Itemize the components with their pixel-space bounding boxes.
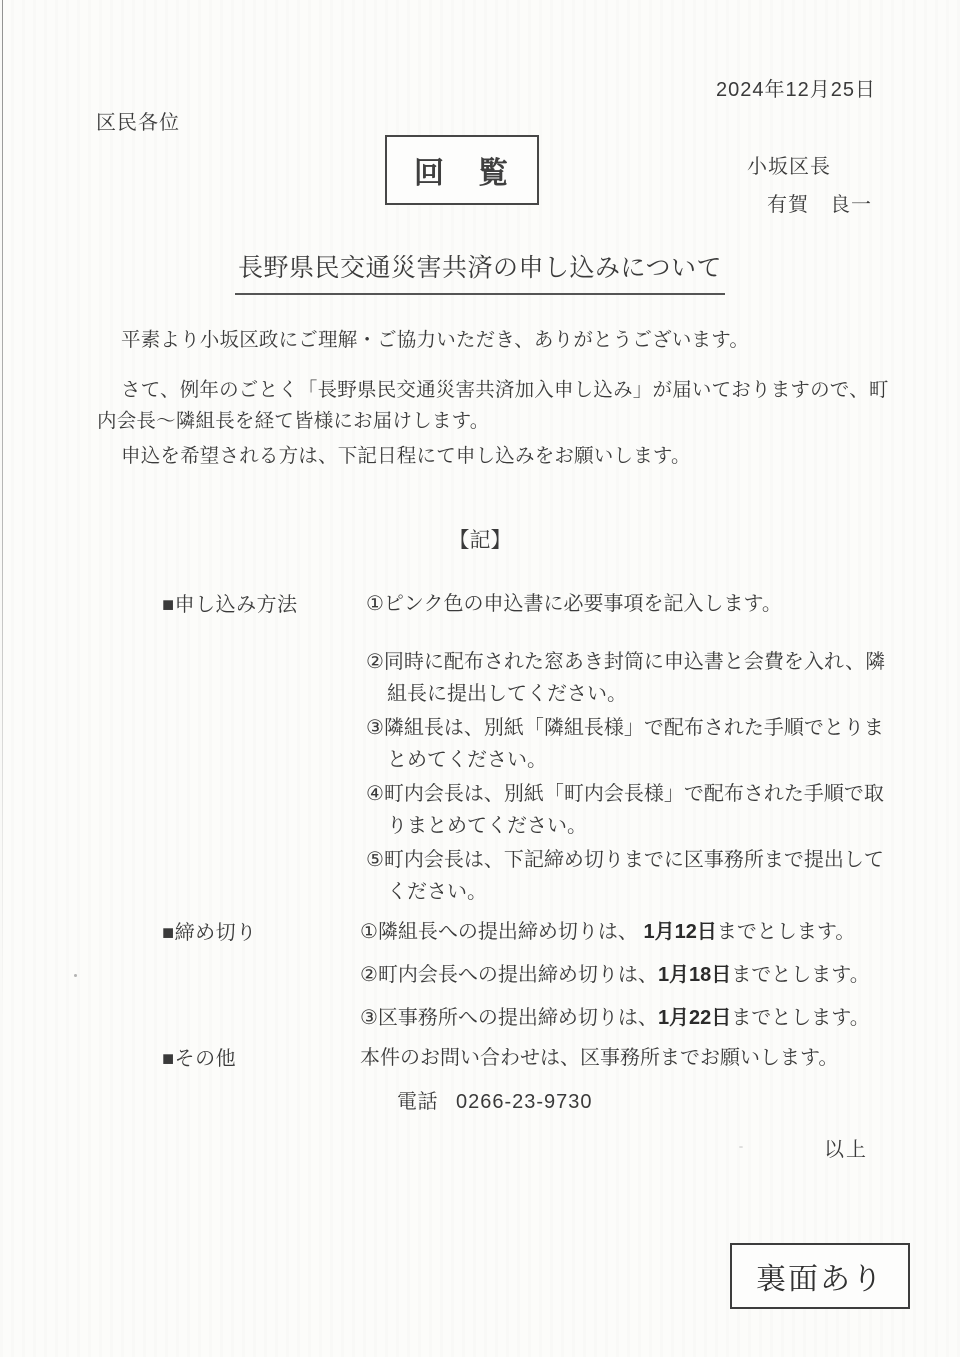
closing-marker: 以上 <box>824 1133 868 1162</box>
deadline-text: ③区事務所への提出締め切りは、 <box>360 1007 658 1029</box>
deadline-text: ①隣組長への提出締め切りは、 <box>360 921 644 943</box>
deadline-text: までとします。 <box>717 921 855 943</box>
section-label-other: ■その他 <box>162 1042 236 1071</box>
deadline-item-3: ③区事務所への提出締め切りは、1月22日までとします。 <box>360 1002 941 1034</box>
circulation-stamp-label: 回 覧 <box>414 148 510 192</box>
document-page: 2024年12月25日 区民各位 回 覧 小坂区長 有賀 良一 長野県民交通災害… <box>0 0 960 1357</box>
scan-edge-artifact <box>2 0 3 1357</box>
document-title: 長野県民交通災害共済の申し込みについて <box>0 248 960 295</box>
deadline-text: までとします。 <box>731 1007 869 1029</box>
deadline-item-1: ①隣組長への提出締め切りは、 1月12日までとします。 <box>360 916 941 948</box>
deadline-date: 1月22日 <box>658 1007 731 1029</box>
document-date: 2024年12月25日 <box>716 73 876 102</box>
sender-title: 小坂区長 <box>747 150 831 179</box>
deadline-date: 1月12日 <box>644 921 717 943</box>
greeting-paragraph: 平素より小坂区政にご理解・ご協力いただき、ありがとうございます。 <box>97 325 897 356</box>
method-item-3: ③隣組長は、別紙「隣組長様」で配布された手順でとりま とめてください。 <box>366 712 932 776</box>
phone-line: 電話0266-23-9730 <box>397 1085 593 1114</box>
body-paragraph-2: 申込を希望される方は、下記日程にて申し込みをお願いします。 <box>97 441 897 472</box>
record-marker: 【記】 <box>0 524 960 554</box>
deadline-text: までとします。 <box>731 964 869 986</box>
body-paragraph-1: さて、例年のごとく「長野県民交通災害共済加入申し込み」が届いておりますので、町 … <box>97 375 897 437</box>
method-item-1: ①ピンク色の申込書に必要事項を記入します。 <box>366 588 932 620</box>
method-item-5: ⑤町内会長は、下記締め切りまでに区事務所まで提出して ください。 <box>366 844 932 908</box>
deadline-text: ②町内会長への提出締め切りは、 <box>360 964 658 986</box>
addressee: 区民各位 <box>96 106 180 135</box>
section-label-deadline: ■締め切り <box>162 916 257 945</box>
backside-note-box: 裏面あり <box>730 1243 910 1309</box>
backside-note-label: 裏面あり <box>756 1254 884 1298</box>
deadline-date: 1月18日 <box>658 964 731 986</box>
method-item-2: ②同時に配布された窓あき封筒に申込書と会費を入れ、隣 組長に提出してください。 <box>366 646 932 710</box>
scan-speck-artifact <box>74 974 77 977</box>
scan-speck-artifact <box>739 1146 743 1148</box>
sender-name: 有賀 良一 <box>767 188 872 217</box>
section-label-method: ■申し込み方法 <box>162 588 298 617</box>
other-text: 本件のお問い合わせは、区事務所までお願いします。 <box>360 1042 926 1074</box>
phone-label: 電話 <box>397 1091 438 1113</box>
method-item-4: ④町内会長は、別紙「町内会長様」で配布された手順で取 りまとめてください。 <box>366 778 932 842</box>
deadline-item-2: ②町内会長への提出締め切りは、1月18日までとします。 <box>360 959 941 991</box>
circulation-stamp-box: 回 覧 <box>385 135 539 205</box>
phone-number: 0266-23-9730 <box>456 1091 593 1113</box>
